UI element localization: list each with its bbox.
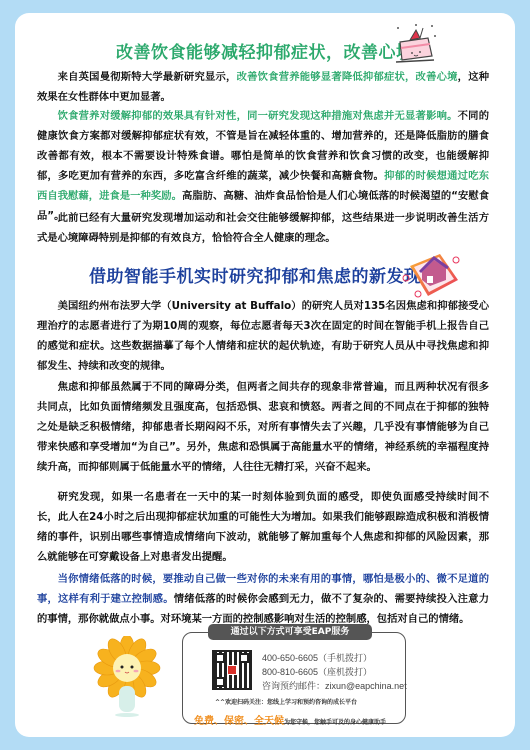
paragraph-lifestyle: 此前已经有大量研究发现增加运动和社会交往能够缓解抑郁，这些结果进一步说明改善生活… bbox=[37, 208, 489, 248]
phone-house-icon bbox=[400, 250, 464, 300]
qr-finder bbox=[215, 677, 225, 687]
phone-mobile[interactable]: 400-650-6605（手机拨打） bbox=[262, 651, 372, 664]
paragraph-buffalo-study: 美国纽约州布法罗大学（University at Buffalo）的研究人员对1… bbox=[37, 296, 489, 376]
slogan: 免费、保密、全天候为您守候，您触手可及的身心健康助手 bbox=[194, 709, 386, 728]
section-title-diet: 改善饮食能够减轻抑郁症状，改善心境 bbox=[116, 38, 414, 63]
paragraph-diet-intro: 来自英国曼彻斯特大学最新研究显示，改善饮食营养能够显著降低抑郁症状，改善心境，这… bbox=[37, 67, 489, 107]
qr-finder bbox=[215, 653, 225, 663]
paragraph-research-findings: 研究发现，如果一名患者在一天中的某一时刻体验到负面的感受，即使负面感受持续时间不… bbox=[37, 487, 489, 567]
cake-icon bbox=[392, 22, 438, 66]
qr-logo-icon bbox=[227, 665, 237, 675]
sunflower-icon bbox=[92, 636, 162, 720]
phone-landline[interactable]: 800-810-6605（座机拨打） bbox=[262, 665, 372, 678]
highlight-text: 改善饮食营养能够显著降低抑郁症状，改善心境 bbox=[237, 71, 458, 83]
paragraph-control-advice: 当你情绪低落的时候，要推动自己做一些对你的未来有用的事情，哪怕是极小的、微不足道… bbox=[37, 569, 489, 629]
qr-code[interactable] bbox=[212, 650, 252, 690]
highlight-text: 饮食营养对缓解抑郁的效果具有针对性，同一研究发现这种措施对焦虑并无显著影响。 bbox=[58, 110, 458, 122]
text: 来自英国曼彻斯特大学最新研究显示， bbox=[58, 71, 237, 83]
slogan-tail: 为您守候，您触手可及的身心健康助手 bbox=[284, 719, 386, 726]
paragraph-anxiety-vs-depression: 焦虑和抑郁虽然属于不同的障碍分类，但两者之间共存的现象非常普遍，而且两种状况有很… bbox=[37, 377, 489, 477]
scan-note: ^^欢迎扫码关注：您线上学习和预约咨询的成长平台 bbox=[215, 697, 357, 706]
qr-finder bbox=[239, 653, 249, 663]
email-contact[interactable]: 咨询预约邮件：zixun@eapchina.net bbox=[262, 679, 407, 692]
eap-header: 通过以下方式可享受EAP服务 bbox=[208, 624, 372, 640]
section-title-smartphone: 借助智能手机实时研究抑郁和焦虑的新发现 bbox=[89, 262, 422, 287]
slogan-highlight: 免费、保密、全天候 bbox=[194, 716, 284, 727]
